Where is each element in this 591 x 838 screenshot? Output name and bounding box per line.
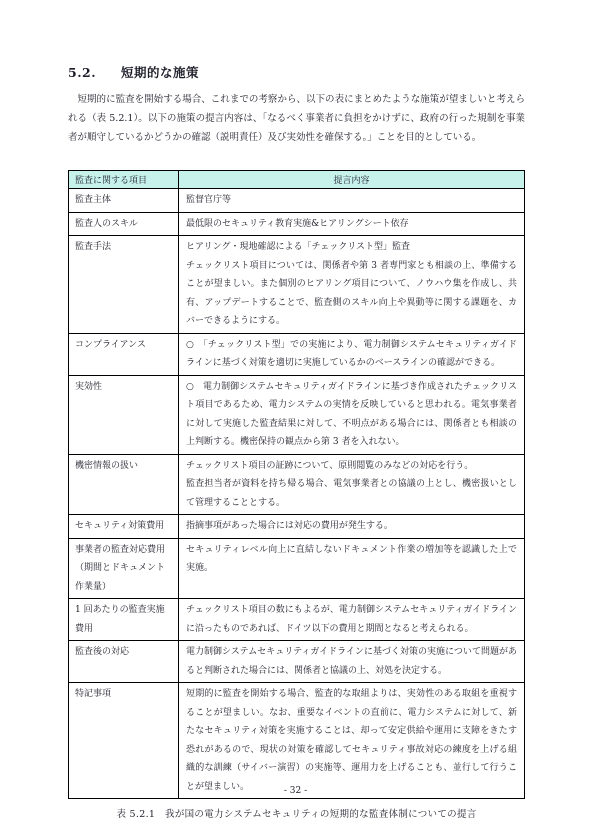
item-line: 実効性: [75, 378, 172, 397]
item-line: セキュリティ対策費用: [75, 517, 172, 536]
item-cell: 監査人のスキル: [69, 212, 179, 236]
item-cell: コンプライアンス: [69, 333, 179, 375]
document-page: 5.2. 短期的な施策 短期的に監査を開始する場合、これまでの考察から、以下の表…: [0, 0, 591, 838]
content-line: 電力制御システムセキュリティガイドラインに基づく対策の実施について問題があると判…: [186, 643, 517, 680]
table-row: 監査手法ヒアリング・現地確認による「チェックリスト型」監査チェックリスト項目につ…: [69, 236, 525, 334]
table-row: 1 回あたりの監査実施費用チェックリスト項目の数にもよるが、電力制御システムセキ…: [69, 599, 525, 641]
content-line: ○ 「チェックリスト型」での実施により、電力制御システムセキュリティガイドライン…: [186, 336, 517, 373]
content-cell: セキュリティレベル向上に直結しないドキュメント作業の増加等を認識した上で実施。: [179, 538, 525, 599]
content-line: セキュリティレベル向上に直結しないドキュメント作業の増加等を認識した上で実施。: [186, 541, 517, 578]
content-line: チェックリスト項目については、関係者や第 3 者専門家とも相談の上、準備すること…: [186, 257, 517, 331]
item-line: （期間とドキュメント作業量）: [75, 559, 172, 596]
section-title: 短期的な施策: [121, 65, 199, 80]
intro-paragraph: 短期的に監査を開始する場合、これまでの考察から、以下の表にまとめたような施策が望…: [68, 90, 525, 147]
table-row: セキュリティ対策費用指摘事項があった場合には対応の費用が発生する。: [69, 515, 525, 539]
table-row: 実効性○ 電力制御システムセキュリティガイドラインに基づき作成されたチェックリス…: [69, 375, 525, 454]
table-caption: 表 5.2.1 我が国の電力システムセキュリティの短期的な監査体制についての提言: [68, 806, 525, 820]
content-cell: 電力制御システムセキュリティガイドラインに基づく対策の実施について問題があると判…: [179, 641, 525, 683]
item-cell: セキュリティ対策費用: [69, 515, 179, 539]
page-number: - 32 -: [0, 786, 591, 796]
item-line: 機密情報の扱い: [75, 457, 172, 476]
content-cell: ヒアリング・現地確認による「チェックリスト型」監査チェックリスト項目については、…: [179, 236, 525, 334]
item-line: 1 回あたりの監査実施費用: [75, 601, 172, 638]
content-cell: 短期的に監査を開始する場合、監査的な取組よりは、実効性のある取組を重視することが…: [179, 683, 525, 799]
content-cell: ○ 「チェックリスト型」での実施により、電力制御システムセキュリティガイドライン…: [179, 333, 525, 375]
content-line: ヒアリング・現地確認による「チェックリスト型」監査: [186, 238, 517, 257]
content-line: チェックリスト項目の証跡について、原則閲覧のみなどの対応を行う。: [186, 457, 517, 476]
item-line: 監査主体: [75, 191, 172, 210]
proposal-table: 監査に関する項目 提言内容 監査主体監督官庁等監査人のスキル最低限のセキュリティ…: [68, 170, 525, 799]
content-line: 監査担当者が資料を持ち帰る場合、電気事業者との協議の上とし、機密扱いとして管理す…: [186, 475, 517, 512]
table-row: 監査主体監督官庁等: [69, 189, 525, 213]
item-cell: 監査主体: [69, 189, 179, 213]
content-cell: ○ 電力制御システムセキュリティガイドラインに基づき作成されたチェックリスト項目…: [179, 375, 525, 454]
item-line: コンプライアンス: [75, 336, 172, 355]
item-line: 監査手法: [75, 238, 172, 257]
item-line: 監査後の対応: [75, 643, 172, 662]
item-cell: 1 回あたりの監査実施費用: [69, 599, 179, 641]
content-cell: 指摘事項があった場合には対応の費用が発生する。: [179, 515, 525, 539]
item-line: 監査人のスキル: [75, 215, 172, 234]
content-cell: チェックリスト項目の証跡について、原則閲覧のみなどの対応を行う。監査担当者が資料…: [179, 454, 525, 515]
content-line: 指摘事項があった場合には対応の費用が発生する。: [186, 517, 517, 536]
item-cell: 特記事項: [69, 683, 179, 799]
table-row: 事業者の監査対応費用（期間とドキュメント作業量）セキュリティレベル向上に直結しな…: [69, 538, 525, 599]
item-line: 特記事項: [75, 685, 172, 704]
header-cell-content: 提言内容: [179, 171, 525, 189]
item-cell: 監査後の対応: [69, 641, 179, 683]
item-cell: 機密情報の扱い: [69, 454, 179, 515]
table-header-row: 監査に関する項目 提言内容: [69, 171, 525, 189]
table-row: コンプライアンス○ 「チェックリスト型」での実施により、電力制御システムセキュリ…: [69, 333, 525, 375]
content-line: 監督官庁等: [186, 191, 517, 210]
header-cell-item: 監査に関する項目: [69, 171, 179, 189]
content-line: 短期的に監査を開始する場合、監査的な取組よりは、実効性のある取組を重視することが…: [186, 685, 517, 796]
content-line: チェックリスト項目の数にもよるが、電力制御システムセキュリティガイドラインに沿っ…: [186, 601, 517, 638]
content-cell: 最低限のセキュリティ教育実施&ヒアリングシート依存: [179, 212, 525, 236]
table-row: 機密情報の扱いチェックリスト項目の証跡について、原則閲覧のみなどの対応を行う。監…: [69, 454, 525, 515]
section-heading: 5.2. 短期的な施策: [68, 63, 525, 81]
table-row: 監査後の対応電力制御システムセキュリティガイドラインに基づく対策の実施について問…: [69, 641, 525, 683]
content-line: 最低限のセキュリティ教育実施&ヒアリングシート依存: [186, 215, 517, 234]
page-content: 5.2. 短期的な施策 短期的に監査を開始する場合、これまでの考察から、以下の表…: [68, 63, 525, 820]
item-cell: 監査手法: [69, 236, 179, 334]
content-line: ○ 電力制御システムセキュリティガイドラインに基づき作成されたチェックリスト項目…: [186, 378, 517, 452]
table-row: 特記事項短期的に監査を開始する場合、監査的な取組よりは、実効性のある取組を重視す…: [69, 683, 525, 799]
item-line: 事業者の監査対応費用: [75, 541, 172, 560]
content-cell: 監督官庁等: [179, 189, 525, 213]
table-row: 監査人のスキル最低限のセキュリティ教育実施&ヒアリングシート依存: [69, 212, 525, 236]
item-cell: 事業者の監査対応費用（期間とドキュメント作業量）: [69, 538, 179, 599]
section-number: 5.2.: [68, 65, 96, 80]
item-cell: 実効性: [69, 375, 179, 454]
content-cell: チェックリスト項目の数にもよるが、電力制御システムセキュリティガイドラインに沿っ…: [179, 599, 525, 641]
